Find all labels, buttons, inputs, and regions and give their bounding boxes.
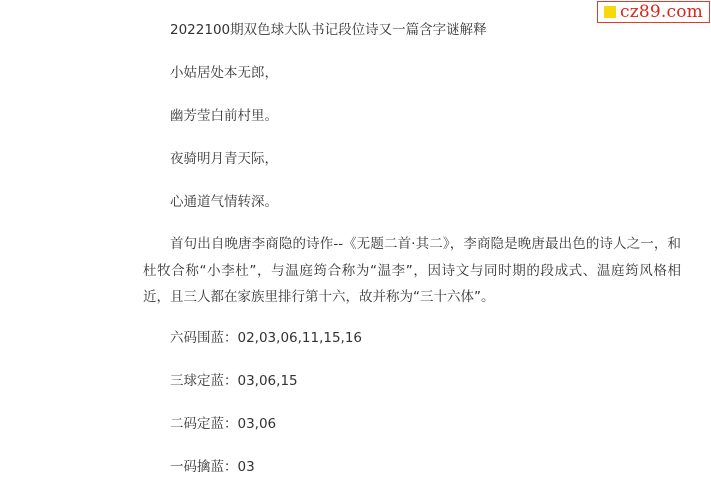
poem-line-4: 心通道气情转深。 [143,193,278,212]
poem-line-2: 幽芳莹白前村里。 [143,107,278,126]
pick-row-one: 一码擒蓝：03 [143,458,255,477]
article-title: 2022100期双色球大队书记段位诗又一篇含字谜解释 [143,21,487,40]
pick-value: 03 [238,459,255,475]
explanation-paragraph: 首句出自晚唐李商隐的诗作--《无题二首·其二》，李商隐是晚唐最出色的诗人之一，和… [143,231,681,311]
pick-value: 03,06 [238,416,277,432]
poem-line-3: 夜骑明月青天际， [143,150,278,169]
yellow-square-icon [604,6,616,18]
poem-line-1: 小姑居处本无郎， [143,64,278,83]
pick-row-three: 三球定蓝：03,06,15 [143,372,298,391]
pick-label: 一码擒蓝： [170,459,238,475]
pick-row-two: 二码定蓝：03,06 [143,415,276,434]
pick-label: 二码定蓝： [170,416,238,432]
pick-label: 三球定蓝： [170,373,238,389]
site-watermark: cz89.com [597,1,710,23]
pick-value: 03,06,15 [238,373,298,389]
pick-row-six: 六码围蓝：02,03,06,11,15,16 [143,329,362,348]
pick-value: 02,03,06,11,15,16 [238,330,363,346]
watermark-text: cz89.com [620,2,703,22]
pick-label: 六码围蓝： [170,330,238,346]
